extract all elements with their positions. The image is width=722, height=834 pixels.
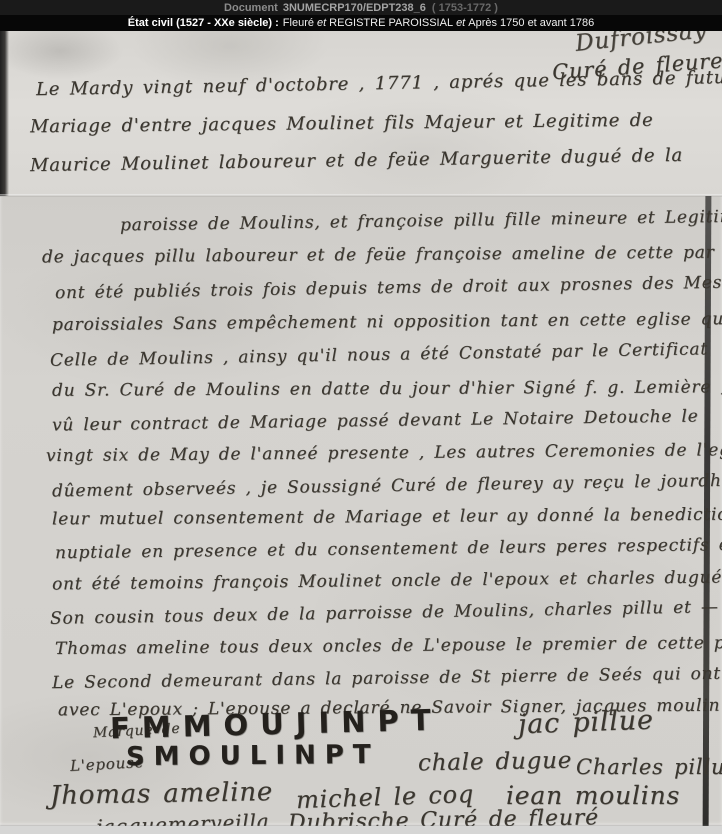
bride-mark: SMOULINPT [126, 740, 380, 772]
document-subtitle-bar: État civil (1527 - XXe siècle) : Fleuré … [0, 15, 722, 31]
archive-viewer-window: Document 3NUMECRP170/EDPT238_6 ( 1753-17… [0, 0, 722, 834]
series-label: État civil (1527 - XXe siècle) : [128, 17, 279, 29]
document-title-bar: Document 3NUMECRP170/EDPT238_6 ( 1753-17… [0, 0, 722, 15]
period-label: Après 1750 et avant 1786 [468, 17, 594, 29]
signature-chales-dugue: chale dugue [418, 748, 573, 777]
manuscript-line: leur mutuel consentement de Mariage et l… [52, 507, 722, 529]
manuscript-line: du Sr. Curé de Moulins en datte du jour … [52, 379, 722, 400]
manuscript-scan-viewport[interactable]: Dufroissay Curé de fleurey Le Mardy ving… [0, 31, 722, 834]
signature-charles-pillu: Charles pillu [576, 755, 722, 779]
et-separator-2: et [456, 17, 465, 29]
page-seam [0, 194, 722, 197]
document-date-range: ( 1753-1772 ) [432, 2, 498, 14]
manuscript-line: de jacques pillu laboureur et de feüe fr… [42, 245, 715, 267]
et-separator-1: et [317, 17, 326, 29]
document-id: 3NUMECRP170/EDPT238_6 [283, 2, 426, 14]
register-type-label: REGISTRE PAROISSIAL [329, 17, 453, 29]
signature-jac-pillue: jac pillue [518, 705, 655, 741]
place-label: Fleuré [283, 17, 314, 29]
document-label: Document [224, 2, 278, 14]
signature-thomas-ameline: Jhomas ameline [50, 777, 274, 811]
scan-bottom-edge [0, 826, 722, 834]
